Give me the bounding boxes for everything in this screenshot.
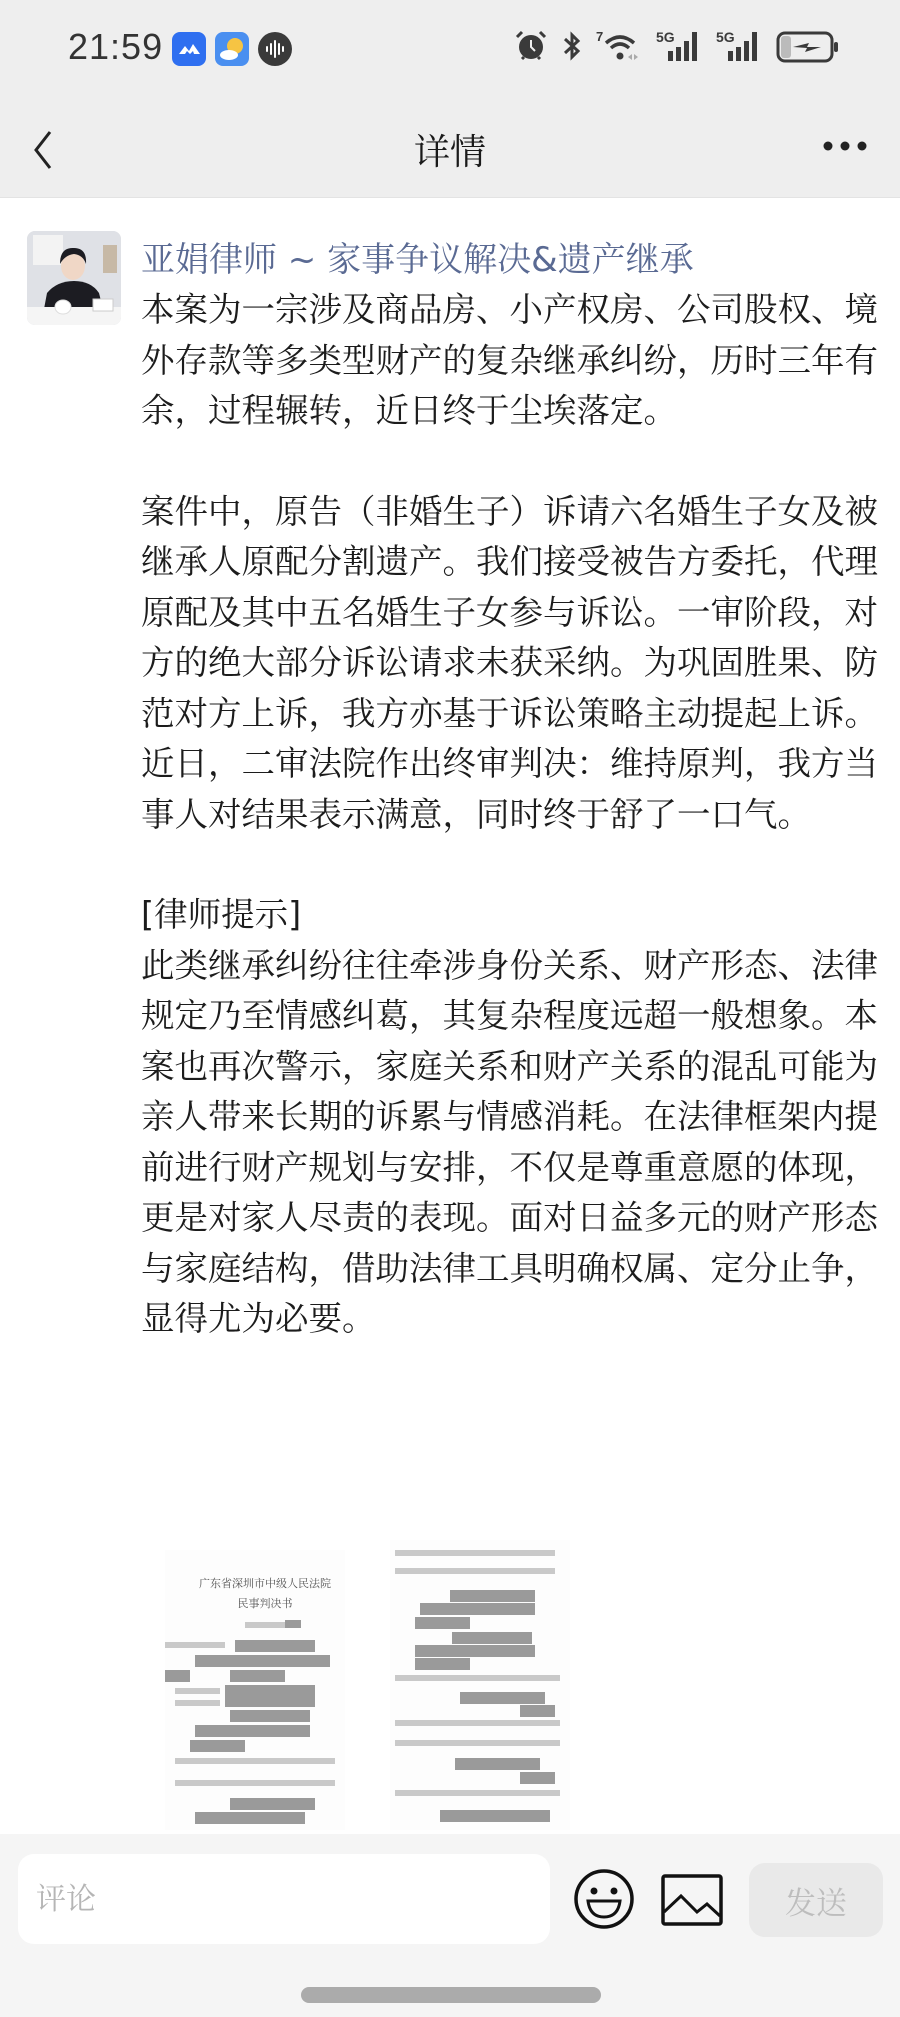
post-paragraph: 案件中，原告（非婚生子）诉请六名婚生子女及被继承人原配分割遗产。我们接受被告方委…	[141, 487, 886, 841]
svg-text:5G: 5G	[716, 29, 735, 45]
home-indicator[interactable]	[301, 1987, 601, 2003]
wifi-7-icon: 7	[596, 29, 644, 67]
document-page-1: 广东省深圳市中级人民法院 民事判决书	[165, 1550, 345, 1830]
weather-icon	[215, 32, 249, 66]
emoji-button[interactable]	[572, 1867, 636, 1931]
status-bar: 21:59 7 5G 5G	[0, 0, 900, 98]
status-time: 21:59	[68, 26, 163, 68]
author-avatar[interactable]	[27, 231, 121, 325]
avatar-photo	[27, 231, 121, 325]
document-type-title: 民事判决书	[190, 1595, 340, 1611]
page-title: 详情	[0, 124, 900, 175]
tip-paragraph: 此类继承纠纷往往牵涉身份关系、财产形态、法律规定乃至情感纠葛，其复杂程度远超一般…	[141, 941, 886, 1345]
author-name-link[interactable]: 亚娟律师 ~ 家事争议解决&遗产继承	[141, 232, 694, 281]
post-image-judgment-document[interactable]: 广东省深圳市中级人民法院 民事判决书	[155, 1540, 575, 1830]
image-upload-button[interactable]	[661, 1874, 723, 1926]
svg-text:7: 7	[596, 29, 603, 44]
status-indicators: 7 5G 5G	[514, 30, 840, 66]
5g-signal-icon: 5G	[656, 29, 704, 67]
paragraph-spacer	[141, 840, 886, 890]
voice-assistant-icon	[258, 32, 292, 66]
tip-heading: [律师提示]	[141, 890, 886, 941]
comment-input[interactable]	[18, 1854, 550, 1944]
bluetooth-icon	[560, 29, 584, 67]
send-button[interactable]: 发送	[749, 1863, 883, 1937]
comment-bar: 发送	[0, 1834, 900, 2017]
battery-charging-icon	[776, 29, 840, 67]
alarm-icon	[514, 29, 548, 67]
svg-text:5G: 5G	[656, 29, 675, 45]
post-body: 本案为一宗涉及商品房、小产权房、公司股权、境外存款等多类型财产的复杂继承纠纷，历…	[141, 285, 886, 1345]
post-paragraph: 本案为一宗涉及商品房、小产权房、公司股权、境外存款等多类型财产的复杂继承纠纷，历…	[141, 285, 886, 437]
image-picture-icon	[661, 1874, 723, 1926]
more-options-button[interactable]	[820, 134, 870, 158]
cloud-app-icon	[172, 32, 206, 66]
paragraph-spacer	[141, 437, 886, 487]
more-horizontal-icon	[820, 134, 870, 158]
document-page-2	[390, 1540, 570, 1830]
emoji-smile-icon	[572, 1867, 636, 1931]
document-court-title: 广东省深圳市中级人民法院	[190, 1575, 340, 1591]
5g-signal-icon: 5G	[716, 29, 764, 67]
nav-bar: 详情	[0, 98, 900, 198]
